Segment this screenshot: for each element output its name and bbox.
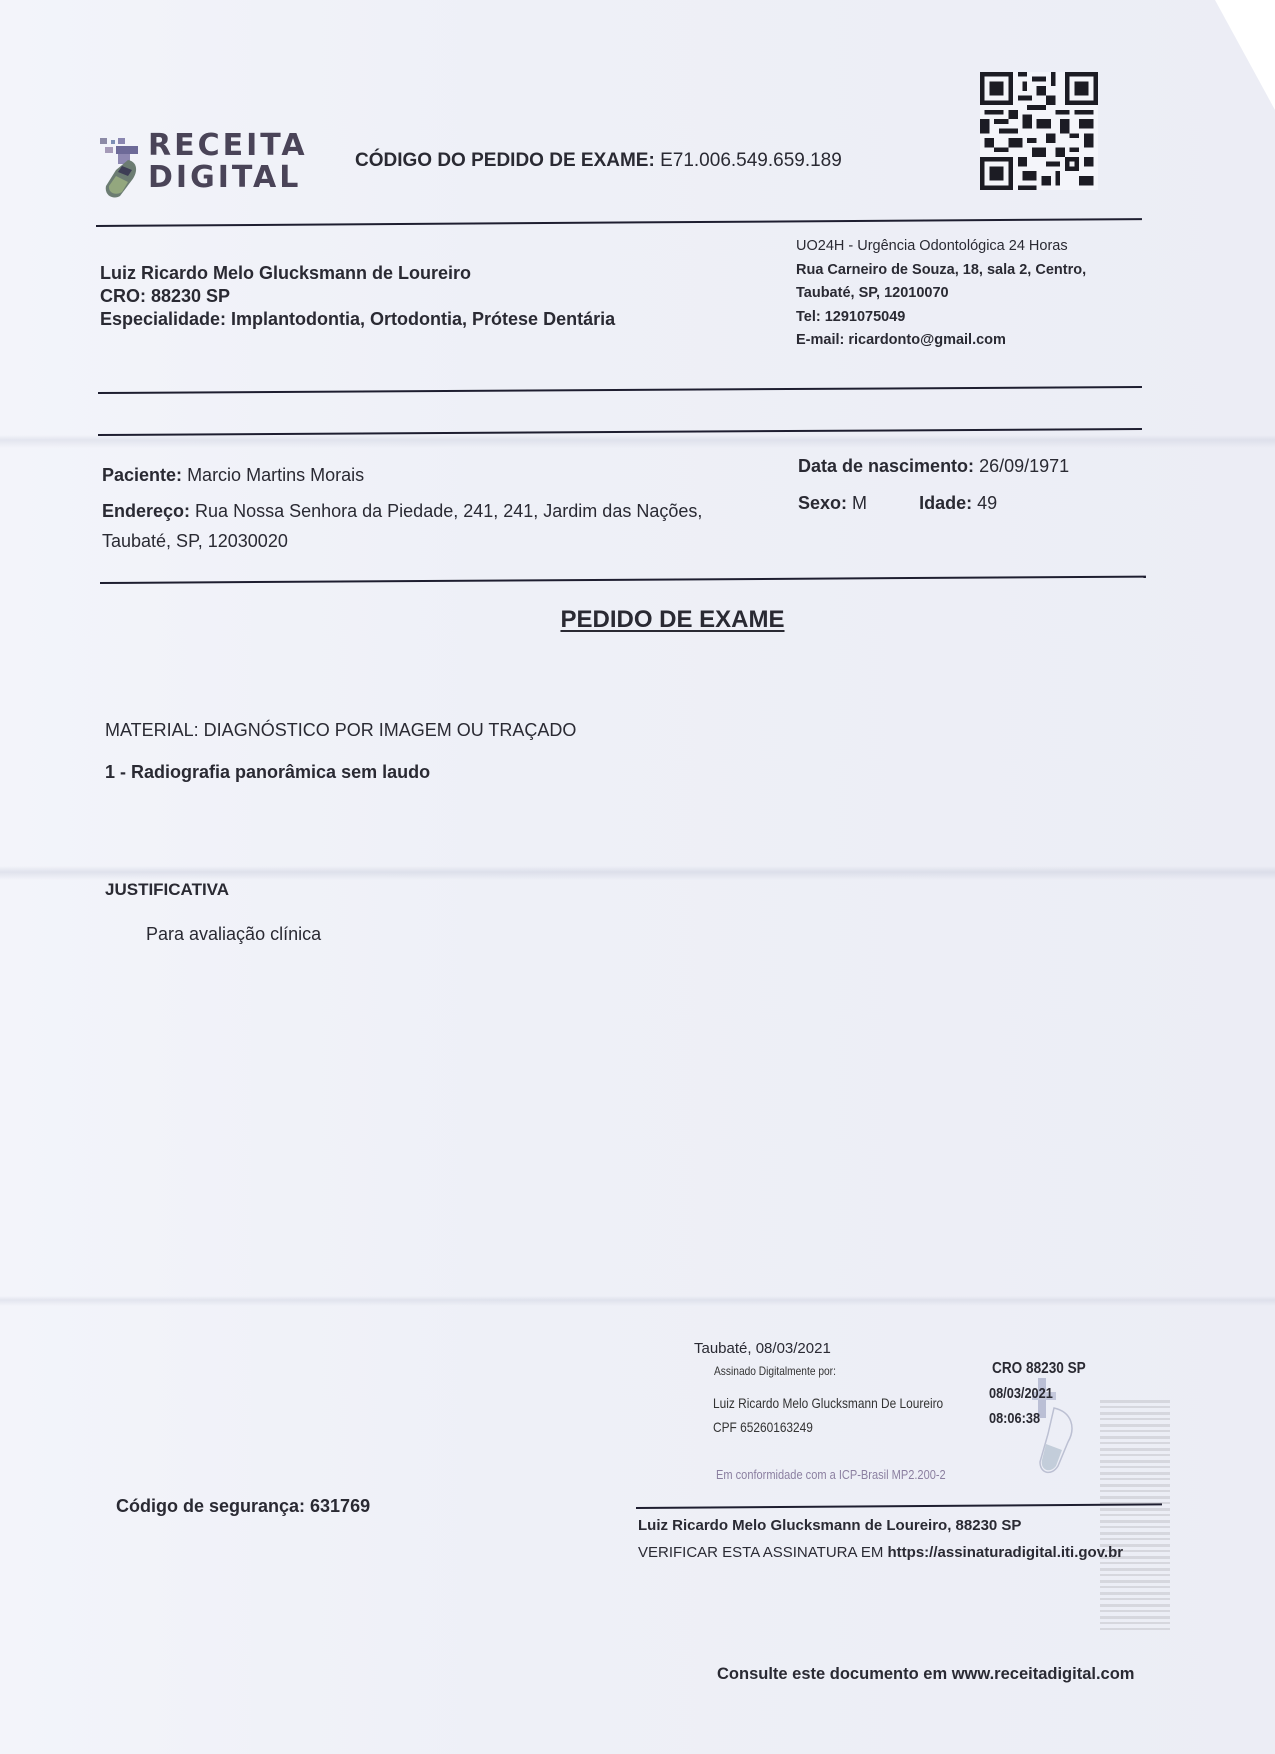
signer-cpf: CPF 65260163249 [713,1419,813,1435]
logo-line1: RECEITA [148,130,308,162]
stamp-time: 08:06:38 [989,1410,1040,1427]
doctor-cro: CRO: 88230 SP [100,285,615,308]
order-code-value: E71.006.549.659.189 [660,150,842,171]
birth-value: 26/09/1971 [979,456,1069,476]
sex-value: M [852,493,867,513]
verify-label: VERIFICAR ESTA ASSINATURA EM [638,1544,883,1561]
doctor-name: Luiz Ricardo Melo Glucksmann de Loureiro [100,262,615,285]
signer-line: Luiz Ricardo Melo Glucksmann de Loureiro… [638,1517,1021,1534]
signature-city-date: Taubaté, 08/03/2021 [694,1340,831,1357]
tooth-cross-logo-icon [98,136,140,198]
justification-heading: JUSTIFICATIVA [105,880,229,900]
stamp-cro: CRO 88230 SP [992,1360,1086,1378]
clinic-address-line1: Rua Carneiro de Souza, 18, sala 2, Centr… [796,259,1086,283]
clinic-phone: Tel: 1291075049 [796,306,1086,330]
patient-name-value: Marcio Martins Morais [187,465,364,485]
icp-conformity: Em conformidade com a ICP-Brasil MP2.200… [716,1467,946,1482]
logo-line2: DIGITAL [148,162,308,194]
signed-by-label: Assinado Digitalmente por: [714,1364,836,1378]
birth-label: Data de nascimento: [798,456,974,476]
clinic-info: UO24H - Urgência Odontológica 24 Horas R… [796,235,1086,353]
sex-age-row: Sexo: M Idade: 49 [798,485,1069,522]
age-value: 49 [977,493,997,513]
signer-name: Luiz Ricardo Melo Glucksmann De Loureiro [713,1395,943,1411]
patient-demographics: Data de nascimento: 26/09/1971 Sexo: M I… [798,448,1069,522]
verify-url-link[interactable]: https://assinaturadigital.iti.gov.br [888,1544,1124,1561]
folded-corner [1215,0,1275,110]
verify-signature: VERIFICAR ESTA ASSINATURA EM https://ass… [638,1544,1123,1561]
doctor-specialty: Especialidade: Implantodontia, Ortodonti… [100,308,615,331]
sex-label: Sexo: [798,493,847,513]
order-code: CÓDIGO DO PEDIDO DE EXAME: E71.006.549.6… [355,150,842,172]
patient-address-label: Endereço: [102,501,190,521]
receita-digital-logo: RECEITA DIGITAL [98,130,298,200]
doctor-info: Luiz Ricardo Melo Glucksmann de Loureiro… [100,262,615,331]
clinic-address-line2: Taubaté, SP, 12010070 [796,282,1086,306]
patient-address-line1: Rua Nossa Senhora da Piedade, 241, 241, … [195,501,702,521]
clinic-email: E-mail: ricardonto@gmail.com [796,329,1086,353]
patient-address-row: Endereço: Rua Nossa Senhora da Piedade, … [102,496,702,526]
patient-name-label: Paciente: [102,465,182,485]
logo-wordmark: RECEITA DIGITAL [148,130,308,194]
bleed-through-barcode [1100,1400,1170,1630]
qr-code-icon [980,72,1098,190]
exam-material: MATERIAL: DIAGNÓSTICO POR IMAGEM OU TRAÇ… [105,720,576,741]
order-code-label: CÓDIGO DO PEDIDO DE EXAME: [355,150,655,171]
security-code: Código de segurança: 631769 [116,1496,370,1517]
stamp-date: 08/03/2021 [989,1385,1053,1402]
consult-document: Consulte este documento em www.receitadi… [717,1665,1134,1684]
patient-info: Paciente: Marcio Martins Morais Endereço… [102,460,702,556]
patient-address-line2: Taubaté, SP, 12030020 [102,526,702,556]
exam-item: 1 - Radiografia panorâmica sem laudo [105,762,430,783]
justification-text: Para avaliação clínica [146,924,321,945]
birth-row: Data de nascimento: 26/09/1971 [798,448,1069,485]
patient-name-row: Paciente: Marcio Martins Morais [102,460,702,490]
clinic-name: UO24H - Urgência Odontológica 24 Horas [796,235,1086,259]
age-label: Idade: [919,493,972,513]
page-title: PEDIDO DE EXAME [0,606,1275,634]
